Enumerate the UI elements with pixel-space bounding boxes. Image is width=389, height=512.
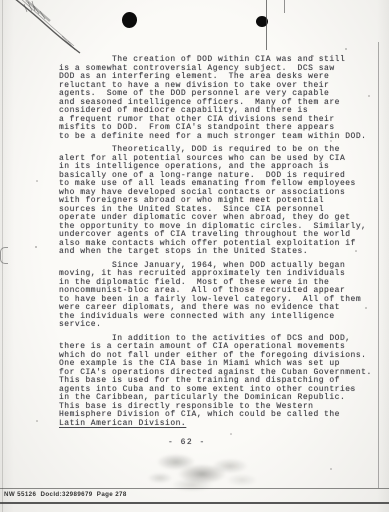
- noise-speck: [355, 250, 357, 252]
- noise-speck: [312, 55, 314, 57]
- paragraph-3: Since January, 1964, when DOD actually b…: [59, 262, 383, 330]
- noise-speck: [90, 300, 92, 302]
- archive-stamp: NW 55126 DocId:32989679 Page 278: [4, 491, 127, 498]
- stamp-rule-bottom: [0, 502, 389, 504]
- page-number: - 62 -: [168, 438, 206, 447]
- scanned-document-page: The creation of DOD within CIA was and s…: [0, 0, 389, 512]
- noise-speck: [365, 307, 367, 309]
- hole-punch-mark: [121, 11, 138, 29]
- noise-speck: [345, 48, 347, 50]
- noise-speck: [330, 140, 332, 142]
- paragraph-2: Theoretically, DOD is required to be on …: [59, 146, 383, 257]
- scan-smudge: [146, 448, 268, 492]
- paragraph-1: The creation of DOD within CIA was and s…: [59, 56, 383, 141]
- document-body: The creation of DOD within CIA was and s…: [59, 56, 383, 433]
- noise-speck: [330, 468, 332, 470]
- noise-speck: [350, 388, 352, 390]
- stamp-rule-top: [0, 488, 389, 489]
- noise-speck: [230, 433, 232, 435]
- scan-fold-line: [284, 0, 285, 13]
- noise-speck: [36, 420, 38, 422]
- margin-pencil-bracket: [0, 247, 8, 264]
- paragraph-4: In addition to the activities of DCS and…: [59, 335, 383, 429]
- noise-speck: [36, 180, 38, 182]
- paragraph-4-text: In addition to the activities of DCS and…: [59, 334, 372, 420]
- noise-speck: [35, 246, 37, 248]
- pencil-scratch-mark: [4, 0, 89, 60]
- underlined-phrase: Latin American Division.: [59, 419, 186, 428]
- noise-speck: [368, 95, 370, 97]
- scan-fold-line: [266, 0, 267, 50]
